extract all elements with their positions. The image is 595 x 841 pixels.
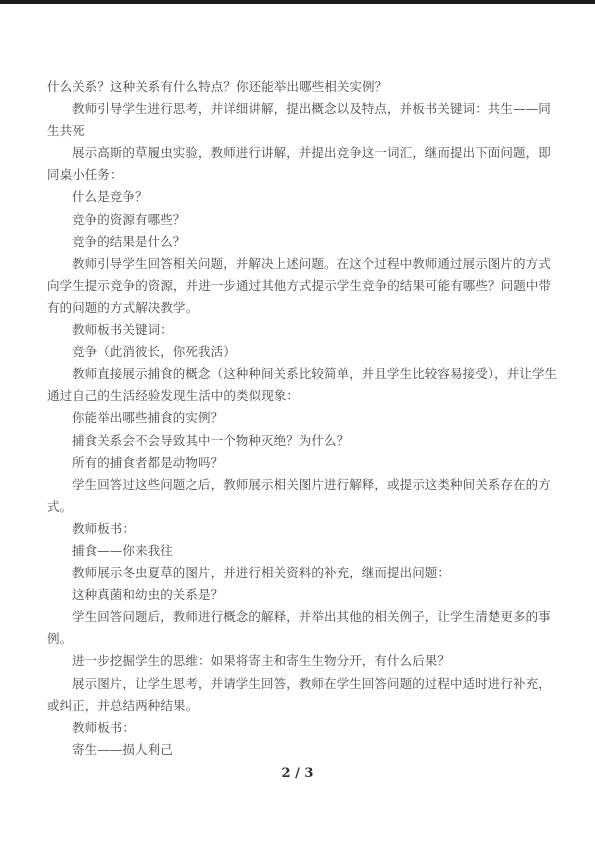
page-number: 2 / 3 [0, 765, 595, 783]
text-line: 或纠正，并总结两种结果。 [47, 695, 549, 717]
text-line: 学生回答问题后，教师进行概念的解释，并举出其他的相关例子，让学生清楚更多的事 [47, 606, 549, 628]
text-line: 例。 [47, 628, 549, 650]
text-line: 同桌小任务： [47, 164, 549, 186]
text-line: 你能举出哪些捕食的实例？ [47, 407, 549, 429]
text-line: 教师引导学生进行思考，并详细讲解，提出概念以及特点，并板书关键词：共生——同 [47, 98, 549, 120]
text-line: 教师直接展示捕食的概念（这种种间关系比较简单，并且学生比较容易接受），并让学生 [47, 363, 549, 385]
text-line: 寄生——损人利己 [47, 739, 549, 761]
text-line: 展示高斯的草履虫实验，教师进行讲解，并提出竞争这一词汇，继而提出下面问题，即 [47, 142, 549, 164]
text-line: 有的问题的方式解决教学。 [47, 297, 549, 319]
text-line: 教师板书： [47, 518, 549, 540]
text-line: 竞争的结果是什么？ [47, 231, 549, 253]
text-line: 教师引导学生回答相关问题，并解决上述问题。在这个过程中教师通过展示图片的方式 [47, 253, 549, 275]
text-line: 通过自己的生活经验发现生活中的类似现象： [47, 385, 549, 407]
text-line: 竞争（此消彼长，你死我活） [47, 341, 549, 363]
text-line: 向学生提示竞争的资源，并进一步通过其他方式提示学生竞争的结果可能有哪些？问题中带 [47, 275, 549, 297]
text-line: 竞争的资源有哪些？ [47, 209, 549, 231]
text-line: 什么关系？这种关系有什么特点？你还能举出哪些相关实例？ [47, 76, 549, 98]
text-line: 学生回答过这些问题之后，教师展示相关图片进行解释，或提示这类种间关系存在的方 [47, 474, 549, 496]
document-body: 什么关系？这种关系有什么特点？你还能举出哪些相关实例？教师引导学生进行思考，并详… [47, 76, 549, 761]
text-line: 式。 [47, 496, 549, 518]
text-line: 进一步挖掘学生的思维：如果将寄主和寄生生物分开，有什么后果？ [47, 650, 549, 672]
text-line: 捕食关系会不会导致其中一个物种灭绝？为什么？ [47, 430, 549, 452]
text-line: 什么是竞争？ [47, 186, 549, 208]
page-top-border [0, 0, 595, 4]
text-line: 教师板书： [47, 717, 549, 739]
text-line: 展示图片，让学生思考，并请学生回答，教师在学生回答问题的过程中适时进行补充， [47, 673, 549, 695]
text-line: 所有的捕食者都是动物吗？ [47, 452, 549, 474]
document-page: 什么关系？这种关系有什么特点？你还能举出哪些相关实例？教师引导学生进行思考，并详… [0, 0, 595, 841]
text-line: 这种真菌和幼虫的关系是？ [47, 584, 549, 606]
text-line: 教师板书关键词： [47, 319, 549, 341]
text-line: 生共死 [47, 120, 549, 142]
text-line: 教师展示冬虫夏草的图片，并进行相关资料的补充，继而提出问题： [47, 562, 549, 584]
text-line: 捕食——你来我往 [47, 540, 549, 562]
